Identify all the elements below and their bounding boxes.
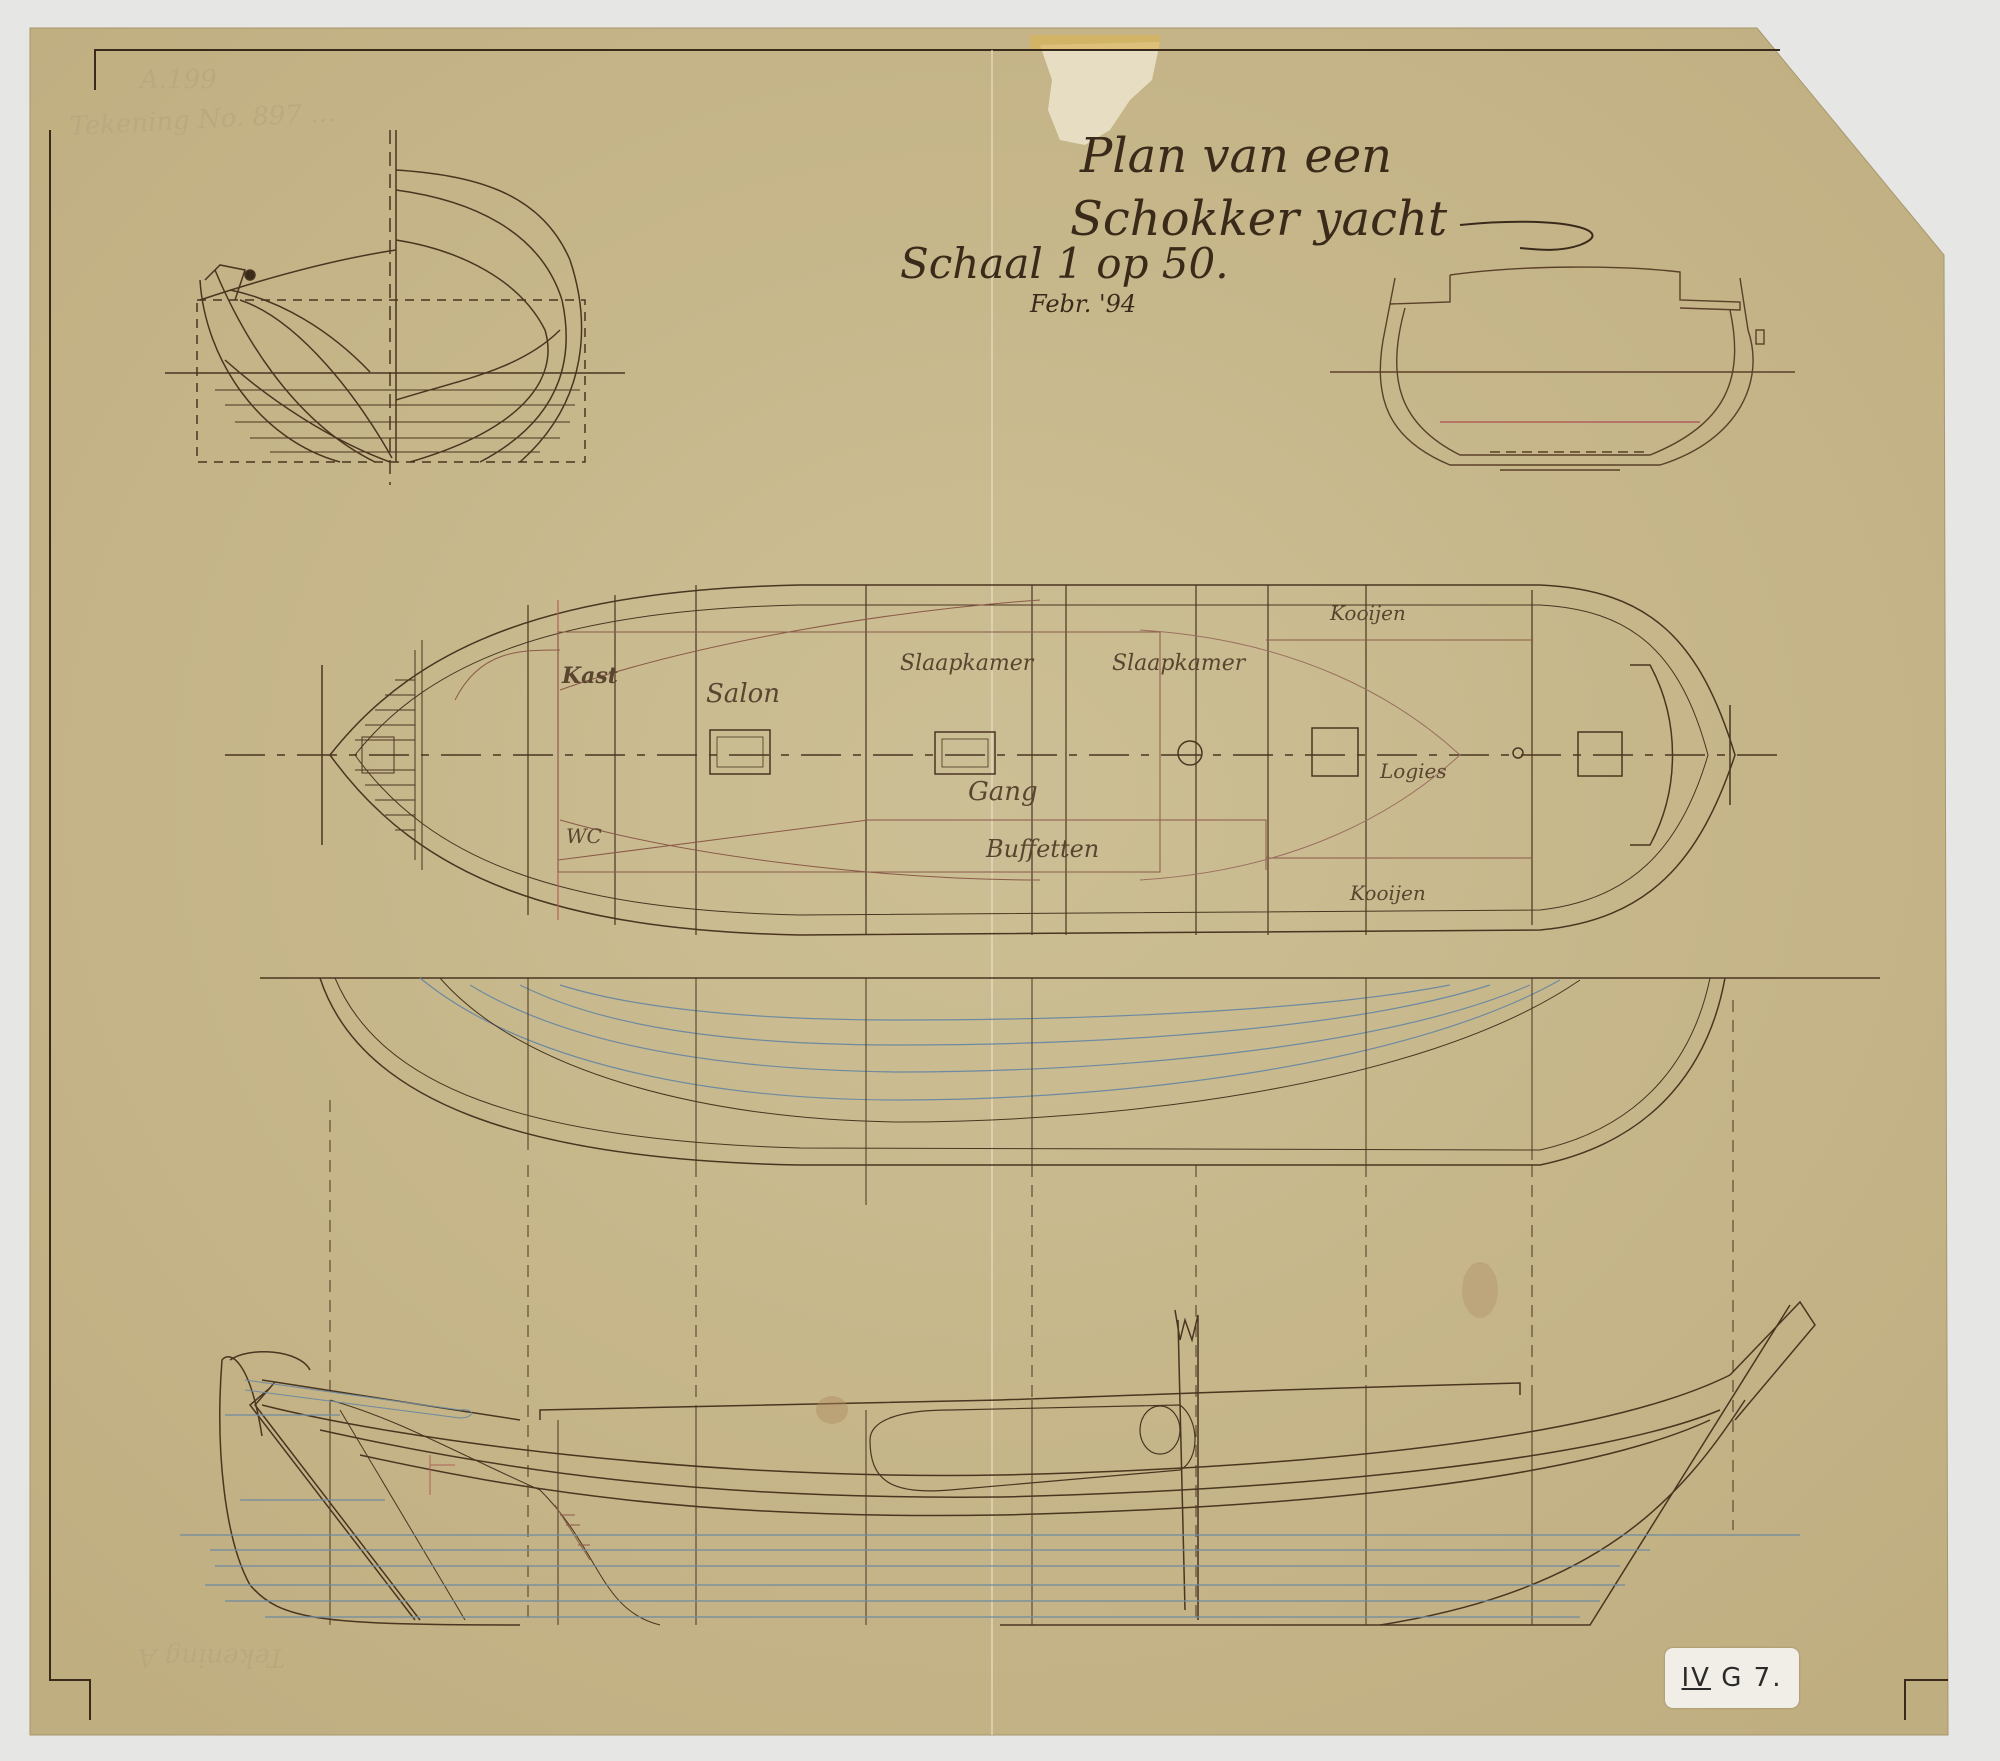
label-gang: Gang — [968, 777, 1038, 807]
label-kooien-bottom: Kooijen — [1349, 881, 1426, 905]
label-wc: WC — [566, 824, 602, 848]
catalog-roman: IV — [1682, 1663, 1711, 1693]
label-kooien-top: Kooijen — [1329, 601, 1406, 625]
pencil-number: A.199 — [138, 65, 217, 95]
scale-text: Schaal 1 op 50. — [900, 239, 1229, 288]
label-slaapkamer-1: Slaapkamer — [900, 651, 1035, 676]
label-buffetten: Buffetten — [985, 835, 1099, 863]
catalog-tag: IV G 7. — [1665, 1648, 1799, 1708]
catalog-code: G 7. — [1721, 1663, 1782, 1693]
label-kast: Kast — [561, 663, 618, 689]
label-logies: Logies — [1379, 759, 1447, 783]
pencil-bottom-note: Tekening A — [138, 1642, 285, 1672]
ship-plan-sheet: Plan van een Schokker yacht Schaal 1 op … — [0, 0, 2000, 1761]
label-salon: Salon — [706, 679, 780, 709]
date-text: Febr. '94 — [1029, 290, 1136, 318]
title-line1: Plan van een — [1079, 128, 1392, 184]
label-slaapkamer-2: Slaapkamer — [1112, 651, 1247, 676]
